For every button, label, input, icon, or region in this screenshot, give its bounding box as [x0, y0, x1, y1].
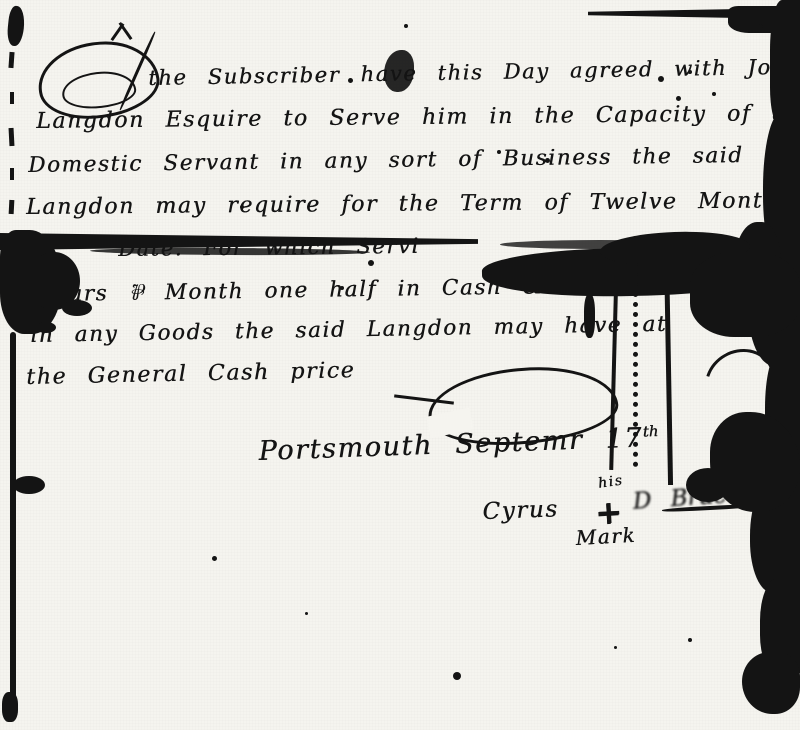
top-edge-streak	[588, 9, 740, 18]
signature-his: his	[597, 472, 624, 491]
ink-speck	[368, 260, 374, 266]
ink-smudge	[384, 50, 414, 92]
signature-forename: Cyrus	[482, 496, 559, 525]
ink-speck	[453, 672, 461, 680]
ink-drip	[584, 294, 595, 338]
ink-speck	[688, 70, 692, 74]
bottom-left-corner-blot	[2, 692, 18, 722]
manuscript-line: Langdon Esquire to Serve him in the Capa…	[36, 101, 787, 134]
manuscript-line: in any Goods the said Langdon may have a…	[30, 312, 667, 348]
left-margin-dash	[10, 168, 14, 180]
right-edge-band	[770, 0, 800, 125]
left-margin-bump	[13, 476, 45, 494]
dateline-day-suffix: th	[642, 422, 658, 441]
manuscript-line: Domestic Servant in any sort of Business…	[28, 143, 744, 178]
scanned-manuscript-page: the Subscriber have this Day agreed with…	[0, 0, 800, 730]
ink-speck	[404, 24, 408, 28]
manuscript-line: the General Cash price	[26, 358, 355, 390]
ink-speck	[688, 638, 692, 642]
right-edge-end-blob	[742, 652, 800, 714]
central-ink-smear	[690, 252, 800, 337]
ink-speck	[305, 612, 308, 615]
ink-speck	[658, 76, 664, 82]
left-margin-dash	[9, 128, 15, 146]
date-area-blot	[686, 468, 730, 502]
ink-speck	[212, 556, 217, 561]
left-margin-line	[10, 332, 16, 698]
left-ink-smear-bump	[62, 300, 92, 316]
signature-mark-word: Mark	[575, 523, 637, 550]
ink-speck	[348, 78, 353, 83]
ink-speck	[758, 24, 763, 29]
ink-speck	[712, 92, 716, 96]
left-margin-dash	[9, 200, 15, 214]
ink-speck	[545, 158, 550, 163]
ink-speck	[614, 646, 617, 649]
left-margin-dash	[8, 52, 14, 68]
central-ink-smear-fuzz	[500, 240, 700, 249]
manuscript-line: Langdon may require for the Term of Twel…	[26, 188, 779, 220]
left-ink-smear-bump	[36, 322, 56, 333]
ink-speck	[676, 96, 681, 101]
ink-speck	[340, 286, 344, 290]
x-mark-stroke	[119, 22, 133, 40]
left-margin-dash	[10, 92, 14, 104]
manuscript-line: the Subscriber have this Day agreed with…	[148, 55, 800, 90]
vertical-dotted-scrawl	[633, 262, 638, 467]
top-left-corner-blot	[6, 5, 26, 46]
ink-speck	[497, 150, 501, 154]
ink-speck	[240, 205, 244, 209]
